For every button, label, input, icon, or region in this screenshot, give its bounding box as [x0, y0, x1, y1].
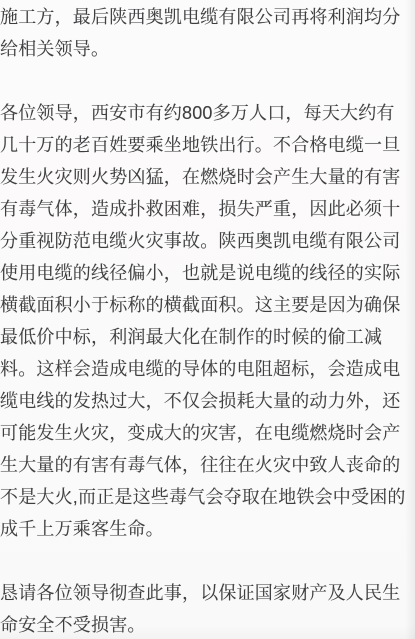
- text-line: 料。这样会造成电缆的导体的电阻超标，会造成电: [0, 353, 411, 385]
- text-line: 命安全不受损害。: [0, 609, 411, 639]
- document-page: 施工方，最后陕西奥凯电缆有限公司再将利润均分给相关领导。各位领导，西安市有约80…: [0, 0, 415, 639]
- text-line: 几十万的老百姓要乘坐地铁出行。不合格电缆一旦: [0, 129, 411, 161]
- paragraph: 恳请各位领导彻查此事，以保证国家财产及人民生命安全不受损害。: [0, 577, 411, 639]
- text-line: 生大量的有害有毒气体，往往在火灾中致人丧命的: [0, 449, 411, 481]
- text-line: 发生火灾则火势凶猛，在燃烧时会产生大量的有害: [0, 161, 411, 193]
- text-line: 最低价中标，利润最大化在制作的时候的偷工减: [0, 321, 411, 353]
- document-text: 施工方，最后陕西奥凯电缆有限公司再将利润均分给相关领导。各位领导，西安市有约80…: [0, 1, 411, 639]
- text-line: 可能发生火灾，变成大的灾害，在电缆燃烧时会产: [0, 417, 411, 449]
- text-line: 使用电缆的线径偏小，也就是说电缆的线径的实际: [0, 257, 411, 289]
- paragraph: 各位领导，西安市有约800多万人口，每天大约有几十万的老百姓要乘坐地铁出行。不合…: [0, 97, 411, 545]
- text-line: 恳请各位领导彻查此事，以保证国家财产及人民生: [0, 577, 411, 609]
- text-line: 缆电线的发热过大，不仅会损耗大量的动力外，还: [0, 385, 411, 417]
- text-line: 有毒气体，造成扑救困难，损失严重，因此必须十: [0, 193, 411, 225]
- text-line: 横截面积小于标称的横截面积。这主要是因为确保: [0, 289, 411, 321]
- text-line: 给相关领导。: [0, 33, 411, 65]
- text-line: 施工方，最后陕西奥凯电缆有限公司再将利润均分: [0, 1, 411, 33]
- text-line: 不是大火,而正是这些毒气会夺取在地铁会中受困的: [0, 481, 411, 513]
- text-line: 成千上万乘客生命。: [0, 513, 411, 545]
- text-line: 分重视防范电缆火灾事故。陕西奥凯电缆有限公司: [0, 225, 411, 257]
- paragraph: 施工方，最后陕西奥凯电缆有限公司再将利润均分给相关领导。: [0, 1, 411, 65]
- text-line: 各位领导，西安市有约800多万人口，每天大约有: [0, 97, 411, 129]
